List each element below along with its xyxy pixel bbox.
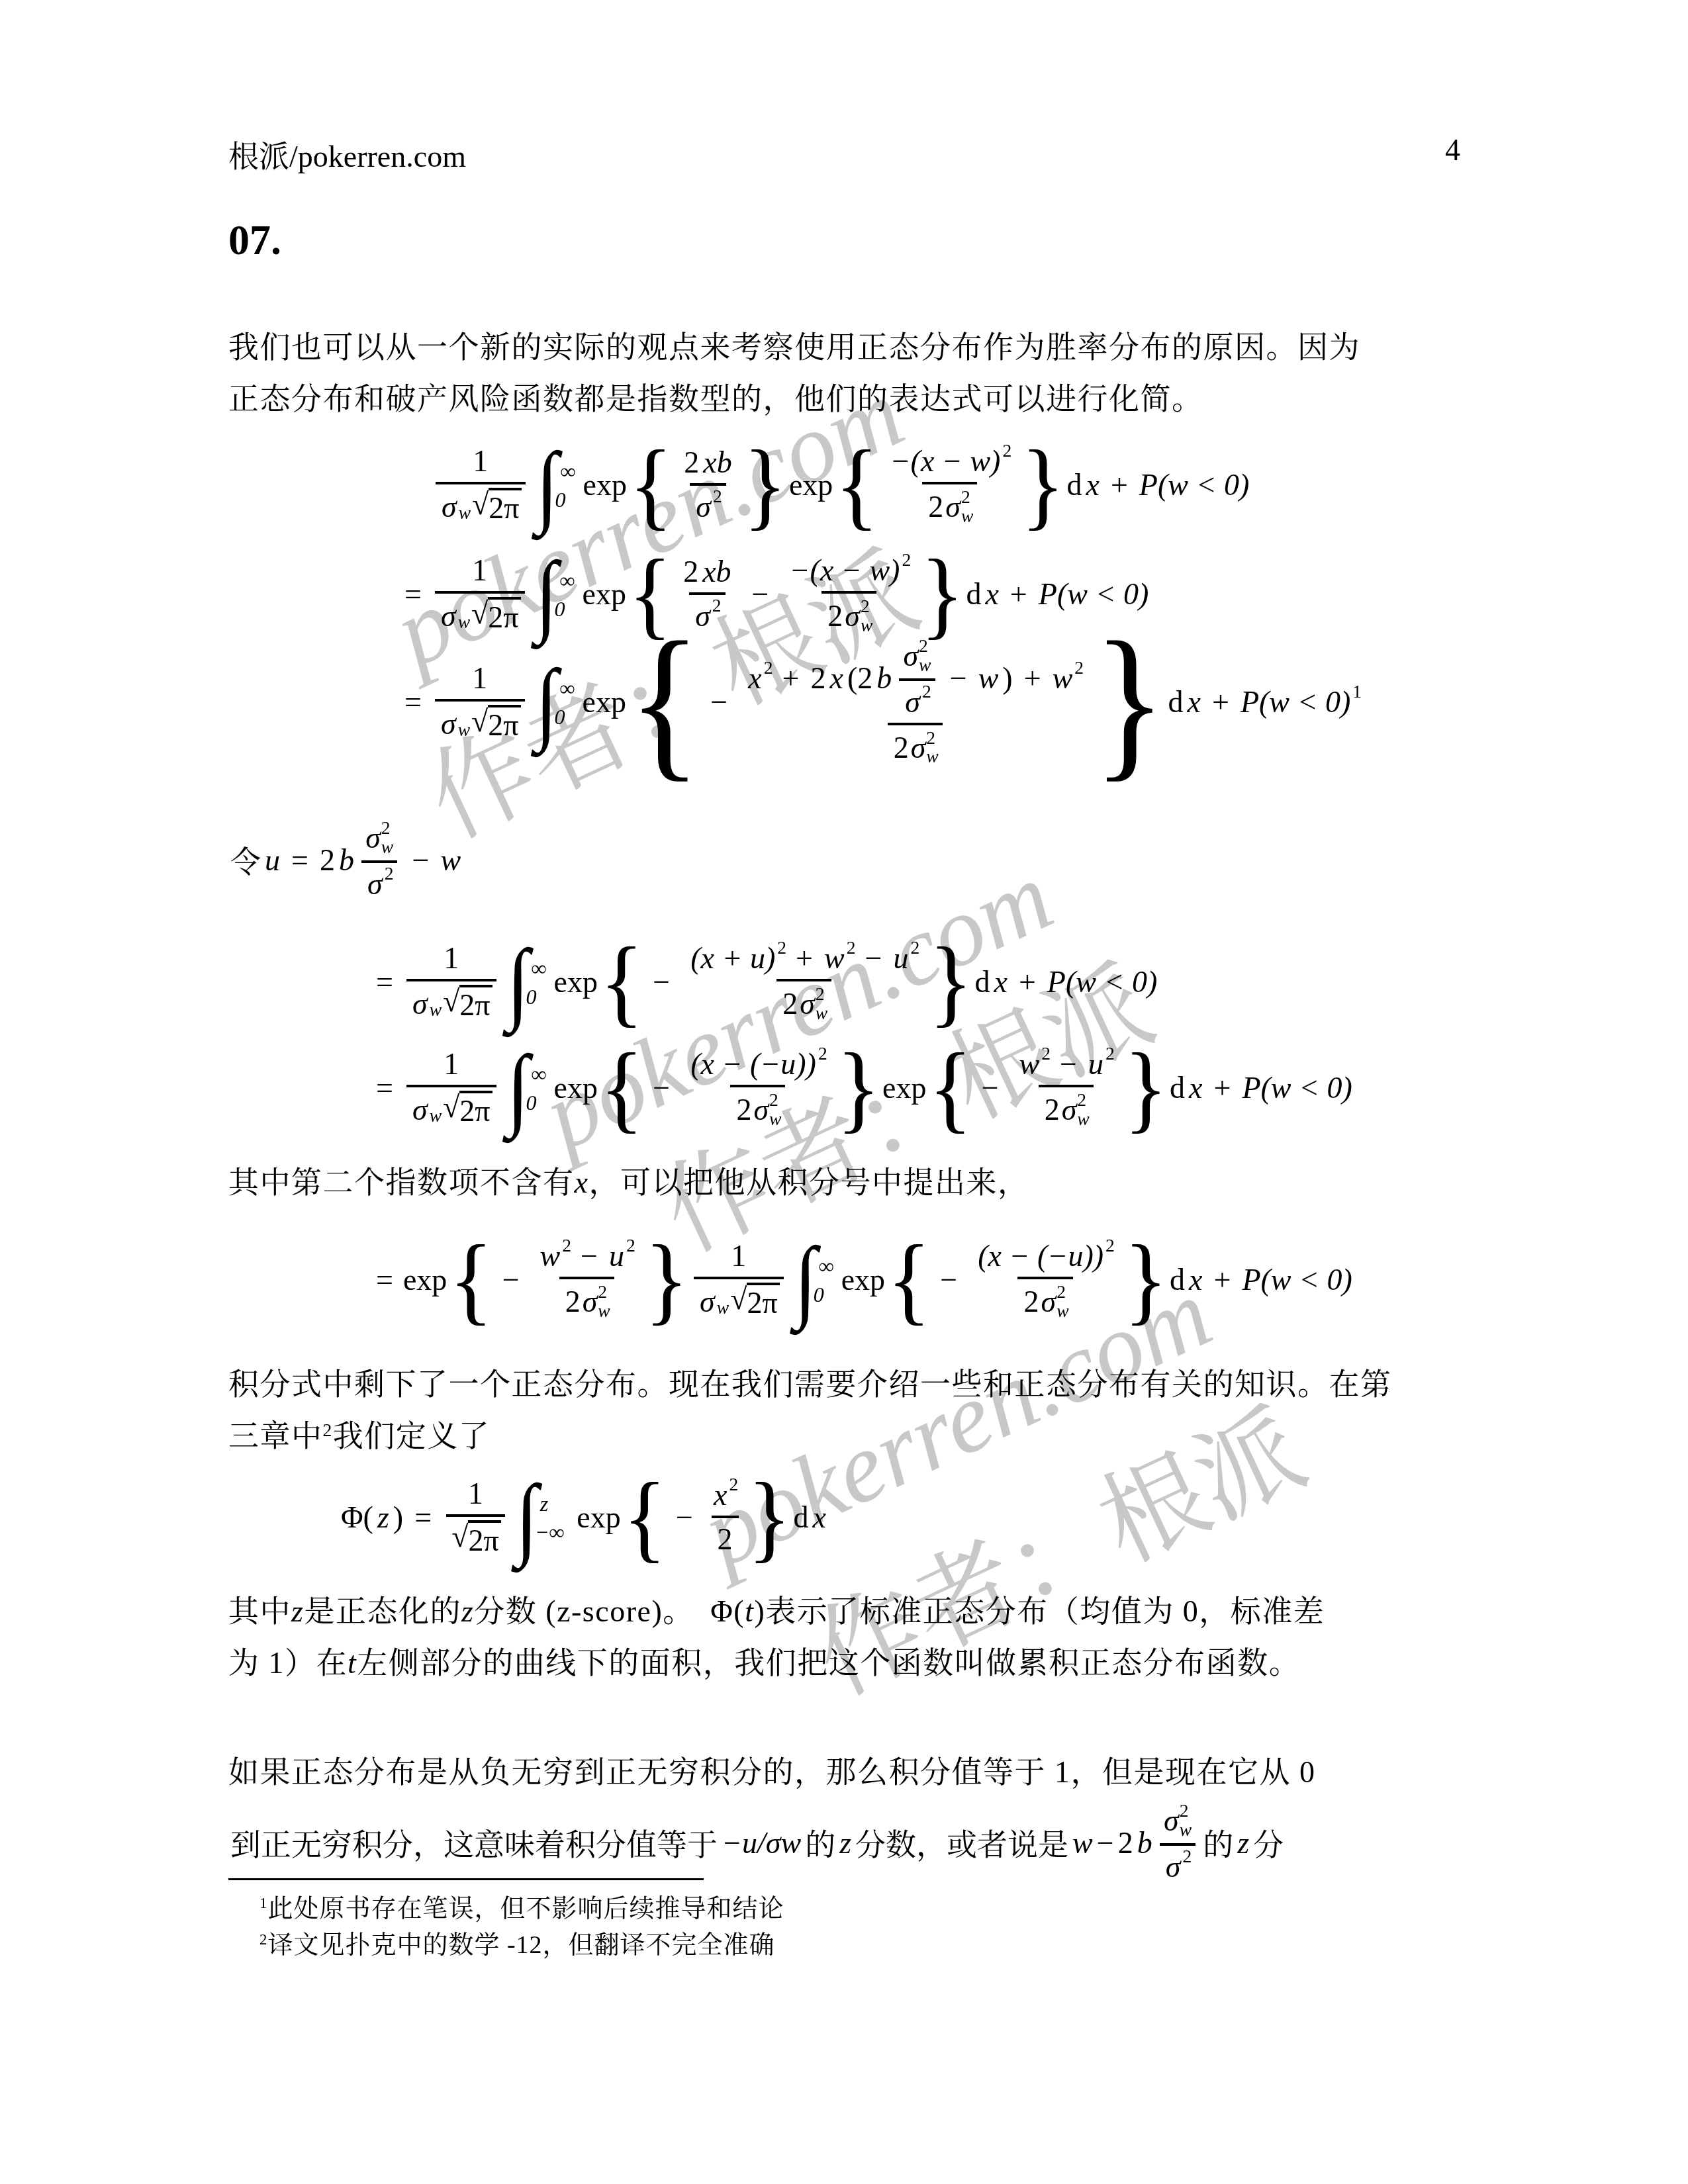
text-run: t: [348, 1643, 357, 1684]
text-run: +: [1024, 660, 1041, 696]
document-page: pokerren.com 作者：根派 pokerren.com 作者：根派 po…: [0, 0, 1688, 2184]
fraction: 1σw√2π: [436, 443, 526, 525]
text-run: −: [950, 660, 967, 696]
text-run: 三章中: [228, 1416, 323, 1457]
fraction: 2xbσ2: [678, 445, 737, 524]
fraction: σ2wσ2: [1160, 1801, 1196, 1884]
text-run: 令: [230, 838, 261, 882]
paragraph-3-line-2: 三章中2我们定义了: [228, 1416, 490, 1457]
fraction: 1√2π: [446, 1476, 504, 1558]
fraction: 1σw√2π: [406, 1046, 496, 1128]
sqrt: √2π: [451, 1520, 500, 1558]
text-run: (x + u): [690, 940, 775, 976]
brace: {: [623, 1467, 667, 1566]
text-run: P(w < 0): [1047, 964, 1157, 999]
text-run: x: [1188, 684, 1201, 719]
superscript: 2: [385, 863, 394, 884]
text-run: b: [876, 660, 892, 696]
superscript: 2: [259, 1931, 267, 1948]
text-run: 2: [565, 1284, 581, 1319]
text-run: σ: [700, 1284, 715, 1319]
page-number: 4: [1445, 132, 1460, 167]
sigma-sub-sup: σ2w: [903, 637, 931, 675]
fraction: x2+2x(2bσ2wσ2−w)+w22σ2w: [742, 637, 1088, 767]
text-run: P(w < 0): [1242, 1262, 1352, 1297]
equation-2-line-2: =1σw√2π∫∞0exp{−(x − (−u))22σ2w}exp{−w2−u…: [374, 1042, 1354, 1133]
text-run: d: [1170, 1070, 1185, 1105]
text-run: 分数，或者说是: [855, 1821, 1068, 1864]
superscript: 2: [713, 486, 722, 507]
paragraph-1-line-2: 正态分布和破产风险函数都是指数型的，他们的表达式可以进行化简。: [228, 379, 1203, 420]
text-run: w: [978, 660, 999, 696]
fraction: 1σw√2π: [406, 940, 496, 1023]
text-run: exp: [882, 1070, 926, 1105]
integral-sign: ∫: [507, 935, 530, 1027]
text-run: d: [793, 1500, 808, 1535]
sqrt: √2π: [730, 1283, 779, 1320]
brace: }: [929, 932, 972, 1030]
text-run: 是正态化的: [304, 1592, 461, 1632]
integral: ∫∞0: [536, 660, 575, 743]
text-run: d: [1170, 1262, 1185, 1297]
text-run: w: [824, 940, 845, 976]
sigma-sub-sup: σ2w: [753, 1091, 781, 1129]
text-run: σ: [905, 684, 920, 719]
subscript: w: [459, 502, 471, 523]
sqrt: √2π: [472, 488, 521, 525]
superscript: 2: [910, 937, 919, 958]
text-run: w: [440, 842, 461, 878]
brace: }: [1124, 1038, 1168, 1136]
text-run: 2: [894, 730, 909, 765]
text-run: 的: [805, 1821, 835, 1864]
text-run: (x − (−u)): [978, 1238, 1103, 1273]
brace: }: [1021, 435, 1064, 533]
integral: ∫∞0: [536, 443, 576, 525]
text-run: z: [839, 1825, 851, 1860]
text-run: ): [1002, 660, 1012, 696]
paragraph-2: 其中第二个指数项不含有 x，可以把他从积分号中提出来，: [228, 1163, 1029, 1203]
text-run: σ: [441, 706, 456, 741]
paragraph-3-line-1: 积分式中剩下了一个正态分布。现在我们需要介绍一些和正态分布有关的知识。在第: [228, 1365, 1392, 1405]
text-run: 1: [472, 660, 487, 696]
superscript: 2: [626, 1235, 635, 1256]
superscript: 2: [818, 1043, 827, 1064]
brace: }: [743, 435, 787, 533]
text-run: x: [575, 1163, 589, 1203]
text-run: +: [1111, 467, 1128, 502]
integral-sign: ∫: [794, 1233, 817, 1325]
text-run: +: [796, 940, 813, 976]
brace: }: [1124, 1230, 1168, 1328]
text-run: exp: [583, 576, 626, 612]
text-run: 2: [810, 660, 825, 696]
integral: ∫∞0: [507, 1046, 547, 1128]
text-run: −: [581, 1238, 598, 1273]
page-header-left: 根派/pokerren.com: [228, 132, 466, 176]
text-run: −(x − w): [790, 553, 900, 588]
superscript: 2: [562, 1235, 571, 1256]
fraction: 1σw√2π: [435, 660, 525, 743]
text-run: −: [1060, 1046, 1077, 1081]
equation-2-line-1: =1σw√2π∫∞0exp{−(x + u)2+w2−u22σ2w}dx+P(w…: [374, 936, 1159, 1027]
text-run: exp: [841, 1262, 885, 1297]
fraction: σ2wσ2: [361, 819, 397, 901]
text-run: xb: [703, 445, 731, 480]
superscript: 2: [323, 1418, 333, 1442]
superscript: 2: [847, 937, 856, 958]
fraction: (x − (−u))22σ2w: [972, 1238, 1119, 1321]
paragraph-5-line-1: 如果正态分布是从负无穷到正无穷积分的，那么积分值等于 1，但是现在它从 0: [228, 1752, 1316, 1793]
text-run: −: [752, 576, 769, 612]
text-run: 2: [320, 842, 335, 878]
paragraph-4-line-2: 为 1）在 t 左侧部分的曲线下的面积，我们把这个函数叫做累积正态分布函数。: [228, 1643, 1300, 1684]
sigma-sub-sup: σ2w: [365, 819, 393, 857]
superscript: 2: [902, 549, 911, 570]
text-run: −: [653, 964, 670, 999]
paragraph-4-line-1: 其中 z 是正态化的 z 分数 (z-score)。 Φ(t) 表示了标准正态分…: [228, 1592, 1325, 1632]
text-run: x: [1189, 1070, 1202, 1105]
text-run: (x − (−u)): [690, 1046, 816, 1081]
text-run: σ: [367, 866, 383, 901]
text-run: w: [1019, 1046, 1040, 1081]
text-run: 其中: [228, 1592, 291, 1632]
text-run: x: [829, 660, 843, 696]
brace: }: [747, 1467, 791, 1566]
text-run: σ: [442, 489, 457, 524]
text-run: ): [393, 1500, 403, 1535]
fraction: w2−u22σ2w: [1013, 1046, 1119, 1129]
integral-sign: ∫: [516, 1471, 538, 1563]
text-run: =: [414, 1500, 432, 1535]
sqrt: √2π: [443, 985, 492, 1023]
superscript: 1: [1352, 681, 1362, 702]
text-run: −: [676, 1500, 693, 1535]
sigma-sub-sup: σ2w: [945, 488, 973, 526]
fraction: w2−u22σ2w: [534, 1238, 639, 1321]
text-run: +: [1214, 1262, 1231, 1297]
text-run: −: [982, 1070, 999, 1105]
sigma-sub-sup: σ2w: [1041, 1283, 1068, 1321]
text-run: x: [1189, 1262, 1202, 1297]
text-run: =: [291, 842, 308, 878]
sqrt: √2π: [443, 1091, 492, 1128]
equation-phi: Φ(z)=1√2π∫z−∞exp{−x22}dx: [339, 1471, 828, 1563]
text-run: 左侧部分的曲线下的面积，我们把这个函数叫做累积正态分布函数。: [357, 1643, 1300, 1684]
text-run: exp: [583, 684, 626, 719]
text-run: 此处原书存在笔误，但不影响后续推导和结论: [267, 1888, 784, 1924]
text-run: u: [893, 940, 908, 976]
text-run: x: [748, 660, 761, 696]
text-run: exp: [554, 964, 598, 999]
text-run: σ: [412, 986, 428, 1021]
text-run: exp: [577, 1500, 620, 1535]
text-run: +: [1214, 1070, 1231, 1105]
text-run: =: [404, 576, 422, 612]
text-run: 2: [683, 554, 698, 589]
text-run: x: [994, 964, 1007, 999]
fraction: (x + u)2+w2−u22σ2w: [684, 940, 923, 1023]
text-run: =: [376, 1262, 393, 1297]
text-run: −(x − w): [890, 443, 1001, 478]
text-run: z: [377, 1500, 389, 1535]
brace: }: [837, 1038, 880, 1136]
text-run: b: [1137, 1825, 1152, 1860]
text-run: exp: [583, 467, 627, 502]
text-run: −: [502, 1262, 520, 1297]
equation-1-line-1: 1σw√2π∫∞0exp{2xbσ2}exp{−(x − w)22σ2w}dx+…: [430, 439, 1251, 530]
text-run: 1: [473, 443, 488, 478]
text-run: −u/σw: [722, 1825, 801, 1860]
text-run: x: [985, 576, 998, 612]
text-run: 其中第二个指数项不含有: [228, 1163, 575, 1203]
text-run: 我们定义了: [333, 1416, 491, 1457]
text-run: −: [865, 940, 882, 976]
fraction: σ2wσ2: [899, 637, 935, 719]
text-run: 2: [684, 445, 699, 480]
text-run: =: [376, 1070, 393, 1105]
sigma-sub-sup: σ2w: [583, 1283, 610, 1321]
brace: {: [928, 1038, 972, 1136]
integral: ∫∞0: [536, 553, 575, 635]
equation-let-u: 令 u=2bσ2wσ2−w: [228, 819, 463, 901]
text-run: d: [1168, 684, 1184, 719]
superscript: 2: [1002, 440, 1011, 461]
sqrt: √2π: [471, 705, 520, 743]
integral: ∫∞0: [507, 940, 547, 1023]
text-run: P(w < 0): [1242, 1070, 1352, 1105]
brace: {: [449, 1230, 492, 1328]
text-run: 表示了标准正态分布（均值为 0，标准差: [765, 1592, 1325, 1632]
superscript: 2: [764, 657, 773, 678]
paragraph-1-line-1: 我们也可以从一个新的实际的观点来考察使用正态分布作为胜率分布的原因。因为: [228, 328, 1360, 368]
text-run: (2: [847, 660, 872, 696]
text-run: P(w < 0): [1241, 684, 1350, 719]
text-run: −: [1097, 1825, 1114, 1860]
text-run: Φ(: [341, 1500, 373, 1535]
section-heading: 07.: [228, 216, 281, 265]
text-run: −: [412, 842, 429, 878]
fraction: −(x − w)22σ2w: [784, 553, 915, 635]
text-run: u: [265, 842, 280, 878]
text-run: +: [1019, 964, 1036, 999]
text-run: 我们也可以从一个新的实际的观点来考察使用正态分布作为胜率分布的原因。因为: [228, 328, 1360, 368]
text-run: 分数 (z-score)。: [474, 1592, 710, 1632]
brace: {: [600, 1038, 643, 1136]
text-run: =: [376, 964, 393, 999]
text-run: d: [966, 576, 981, 612]
superscript: 2: [729, 1474, 738, 1495]
text-run: 2: [1045, 1092, 1060, 1127]
text-run: z: [1237, 1825, 1249, 1860]
fraction: 1σw√2π: [435, 553, 525, 635]
text-run: 积分式中剩下了一个正态分布。现在我们需要介绍一些和正态分布有关的知识。在第: [228, 1365, 1392, 1405]
integral-sign: ∫: [536, 655, 558, 747]
text-run: w: [540, 1238, 561, 1273]
superscript: 2: [1105, 1235, 1115, 1256]
footnote-1: 1此处原书存在笔误，但不影响后续推导和结论: [259, 1888, 784, 1924]
brace: {: [628, 616, 701, 787]
subscript: w: [717, 1297, 729, 1318]
text-run: −: [940, 1262, 957, 1297]
sigma-sub-sup: σ2w: [800, 985, 827, 1023]
brace: {: [887, 1230, 931, 1328]
text-run: z: [461, 1592, 474, 1632]
superscript: 1: [259, 1895, 267, 1912]
footnote-rule: [228, 1878, 704, 1880]
text-run: ，可以把他从积分号中提出来，: [588, 1163, 1029, 1203]
text-run: 2: [1118, 1825, 1133, 1860]
text-run: x: [714, 1477, 727, 1512]
text-run: exp: [789, 467, 833, 502]
fraction: (x − (−u))22σ2w: [684, 1046, 831, 1129]
fraction: x22: [708, 1477, 742, 1557]
text-run: 1: [731, 1238, 746, 1273]
text-run: 正态分布和破产风险函数都是指数型的，他们的表达式可以进行化简。: [228, 379, 1203, 420]
text-run: d: [974, 964, 990, 999]
text-run: x: [1086, 467, 1099, 502]
text-run: 如果正态分布是从负无穷到正无穷积分的，那么积分值等于 1，但是现在它从 0: [228, 1752, 1316, 1793]
fraction: −(x − w)22σ2w: [884, 443, 1016, 526]
subscript: w: [458, 719, 470, 741]
text-run: +: [1212, 684, 1229, 719]
brace: }: [645, 1230, 688, 1328]
text-run: 分: [1253, 1821, 1284, 1864]
integral-sign: ∫: [507, 1041, 530, 1133]
text-run: 1: [444, 940, 459, 976]
text-run: d: [1066, 467, 1082, 502]
text-run: w: [1053, 660, 1073, 696]
text-run: z: [291, 1592, 304, 1632]
superscript: 2: [1182, 1846, 1192, 1867]
text-run: Φ(: [710, 1592, 745, 1632]
text-run: +: [782, 660, 800, 696]
superscript: 2: [1041, 1043, 1051, 1064]
equation-1-line-3: =1σw√2π∫∞0exp{−x2+2x(2bσ2wσ2−w)+w22σ2w}d…: [402, 625, 1362, 778]
text-run: 2: [1023, 1284, 1039, 1319]
integral: ∫∞0: [794, 1238, 834, 1320]
brace: }: [1093, 616, 1166, 787]
brace: {: [629, 435, 673, 533]
brace: {: [835, 435, 878, 533]
text-run: 2: [928, 489, 943, 524]
superscript: 2: [1105, 1043, 1115, 1064]
text-run: b: [339, 842, 354, 878]
paragraph-5-line-2: 到正无穷积分，这意味着积分值等于 −u/σw 的 z 分数，或者说是 w−2bσ…: [228, 1801, 1286, 1884]
fraction: 1σw√2π: [694, 1238, 784, 1320]
equation-3: =exp{−w2−u22σ2w}1σw√2π∫∞0exp{−(x − (−u))…: [374, 1234, 1354, 1325]
text-run: w: [1072, 1825, 1093, 1860]
subscript: w: [430, 1105, 442, 1126]
text-run: σ: [1166, 1849, 1181, 1884]
text-run: t: [745, 1592, 754, 1632]
text-run: xb: [702, 554, 731, 589]
text-run: x: [812, 1500, 825, 1535]
superscript: 2: [712, 595, 722, 616]
text-run: P(w < 0): [1039, 576, 1149, 612]
text-run: P(w < 0): [1139, 467, 1249, 502]
text-run: 2: [782, 986, 798, 1021]
sigma-sub-sup: σ2w: [911, 729, 939, 767]
text-run: 1: [468, 1476, 483, 1511]
text-run: 译文见扑克中的数学 -12，但翻译不完全准确: [267, 1924, 774, 1960]
text-run: 1: [444, 1046, 459, 1081]
text-run: u: [1088, 1046, 1103, 1081]
sigma-sub-sup: σ2w: [1062, 1091, 1090, 1129]
integral: ∫z−∞: [516, 1476, 570, 1558]
sigma-sub-sup: σ2w: [1164, 1801, 1192, 1840]
text-run: 为 1）在: [228, 1643, 348, 1684]
superscript: 2: [1074, 657, 1084, 678]
text-run: =: [404, 684, 422, 719]
brace: {: [600, 932, 643, 1030]
footnote-2: 2译文见扑克中的数学 -12，但翻译不完全准确: [259, 1924, 775, 1960]
text-run: σ: [412, 1092, 428, 1127]
superscript: 2: [777, 937, 786, 958]
superscript: 2: [922, 681, 931, 702]
integral-sign: ∫: [536, 438, 559, 530]
text-run: −: [710, 684, 727, 719]
text-run: 2: [736, 1092, 751, 1127]
text-run: σ: [696, 489, 711, 524]
text-run: ): [754, 1592, 765, 1632]
text-run: 1: [472, 553, 487, 588]
text-run: 到正无穷积分，这意味着积分值等于: [230, 1821, 718, 1864]
text-run: 的: [1203, 1821, 1233, 1864]
text-run: u: [609, 1238, 624, 1273]
text-run: +: [1010, 576, 1027, 612]
text-run: −: [653, 1070, 670, 1105]
text-run: exp: [403, 1262, 447, 1297]
text-run: exp: [554, 1070, 598, 1105]
text-run: 2: [718, 1522, 733, 1557]
subscript: w: [430, 999, 442, 1021]
